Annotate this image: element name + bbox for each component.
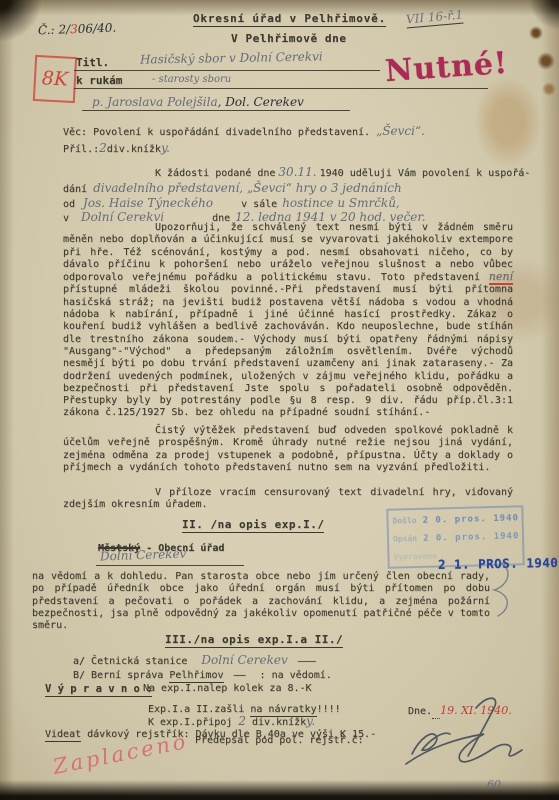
addressee-rule-1 — [74, 70, 380, 71]
addressee-rule-3 — [82, 110, 350, 111]
section2-heading: II. /na opis exp.I./ — [182, 518, 324, 533]
videat-line-2: Předepsal pod pol. rejstř.č: — [195, 735, 364, 746]
dispatch-label: V ý p r a v n o : — [45, 683, 152, 697]
stamp-copied-label: Opsán — [393, 530, 418, 549]
hands-note-hw: - starosty sboru — [152, 74, 231, 85]
fee-box-stamp: 8K — [33, 55, 77, 103]
margin-scribble — [470, 560, 515, 620]
tax-office-place: Pelhřimov — [169, 670, 223, 683]
pril-end-hw: y. — [161, 141, 170, 155]
reference-number: Č.: 2/306/40. — [38, 21, 117, 38]
videat-label: Videat — [45, 729, 81, 742]
ref-suffix: 06/40. — [78, 21, 117, 36]
body-p1-hw-insert: není — [489, 270, 513, 285]
section2-place-hw: Dolní Cerekev — [100, 546, 187, 563]
hands-label: k rukám — [76, 74, 122, 87]
titl-label: Titl. — [76, 56, 109, 69]
pril-text: div.knížk — [107, 144, 161, 155]
person-place: , Dol. Cerekev — [218, 95, 304, 109]
tax-office-label: B/ Berní správa — [73, 670, 163, 681]
fee-box-value: 8K — [41, 67, 68, 90]
ref-prefix: Č.: 2/ — [38, 22, 71, 37]
person-line-hw: p. Jaroslava Polejšila, Dol. Cerekev — [92, 91, 304, 110]
dispatch-line-1: Na exp.I.nalep kolek za 8.-K — [143, 683, 312, 694]
section3-heading: III./na opis exp.I.a II./ — [165, 633, 343, 648]
pril-count-hw: 2 — [99, 141, 107, 155]
section2-paragraph: na vědomí a k dohledu. Pan starosta obce… — [32, 571, 490, 632]
for-information-note: : na vědomí. — [260, 670, 332, 681]
dispatch-l2-b: !!!! — [317, 704, 341, 715]
addressee-rule-2 — [74, 88, 488, 89]
person-name: p. Jaroslava Polejšila — [92, 95, 218, 109]
body-p1-part-a: Upozorňuji, že schválený text nesmí býti… — [63, 222, 513, 283]
place-date-line: V Pelhřimově dne — [231, 32, 347, 45]
vec-title-hw: „Ševci“. — [376, 124, 425, 138]
body-p1-part-b: přístupné mládeži školou povinné.-Při př… — [63, 284, 513, 418]
office-header: Okresní úřad v Pelhřimově. — [193, 12, 386, 27]
stamp-received-label: Došlo — [392, 512, 417, 531]
section2-rule — [96, 565, 244, 566]
stamp-dispatched-label: Vypraveno — [393, 547, 437, 566]
section3-line-b: B/ Berní správaPelhřimov——: na vědomí. — [73, 663, 332, 682]
pril-label: Příl.: — [63, 144, 99, 155]
body-paragraph-2: Čistý výtěžek představení buď odveden sp… — [63, 425, 513, 474]
signature-flourish — [398, 690, 528, 780]
body-paragraph-1: Upozorňuji, že schválený text nesmí býti… — [63, 222, 513, 420]
attachment-line: Příl.:2div.knížky. — [63, 137, 170, 156]
document-photo: Okresní úřad v Pelhřimově. V Pelhřimově … — [0, 0, 559, 800]
line-b-dashes: —— — [234, 670, 246, 681]
